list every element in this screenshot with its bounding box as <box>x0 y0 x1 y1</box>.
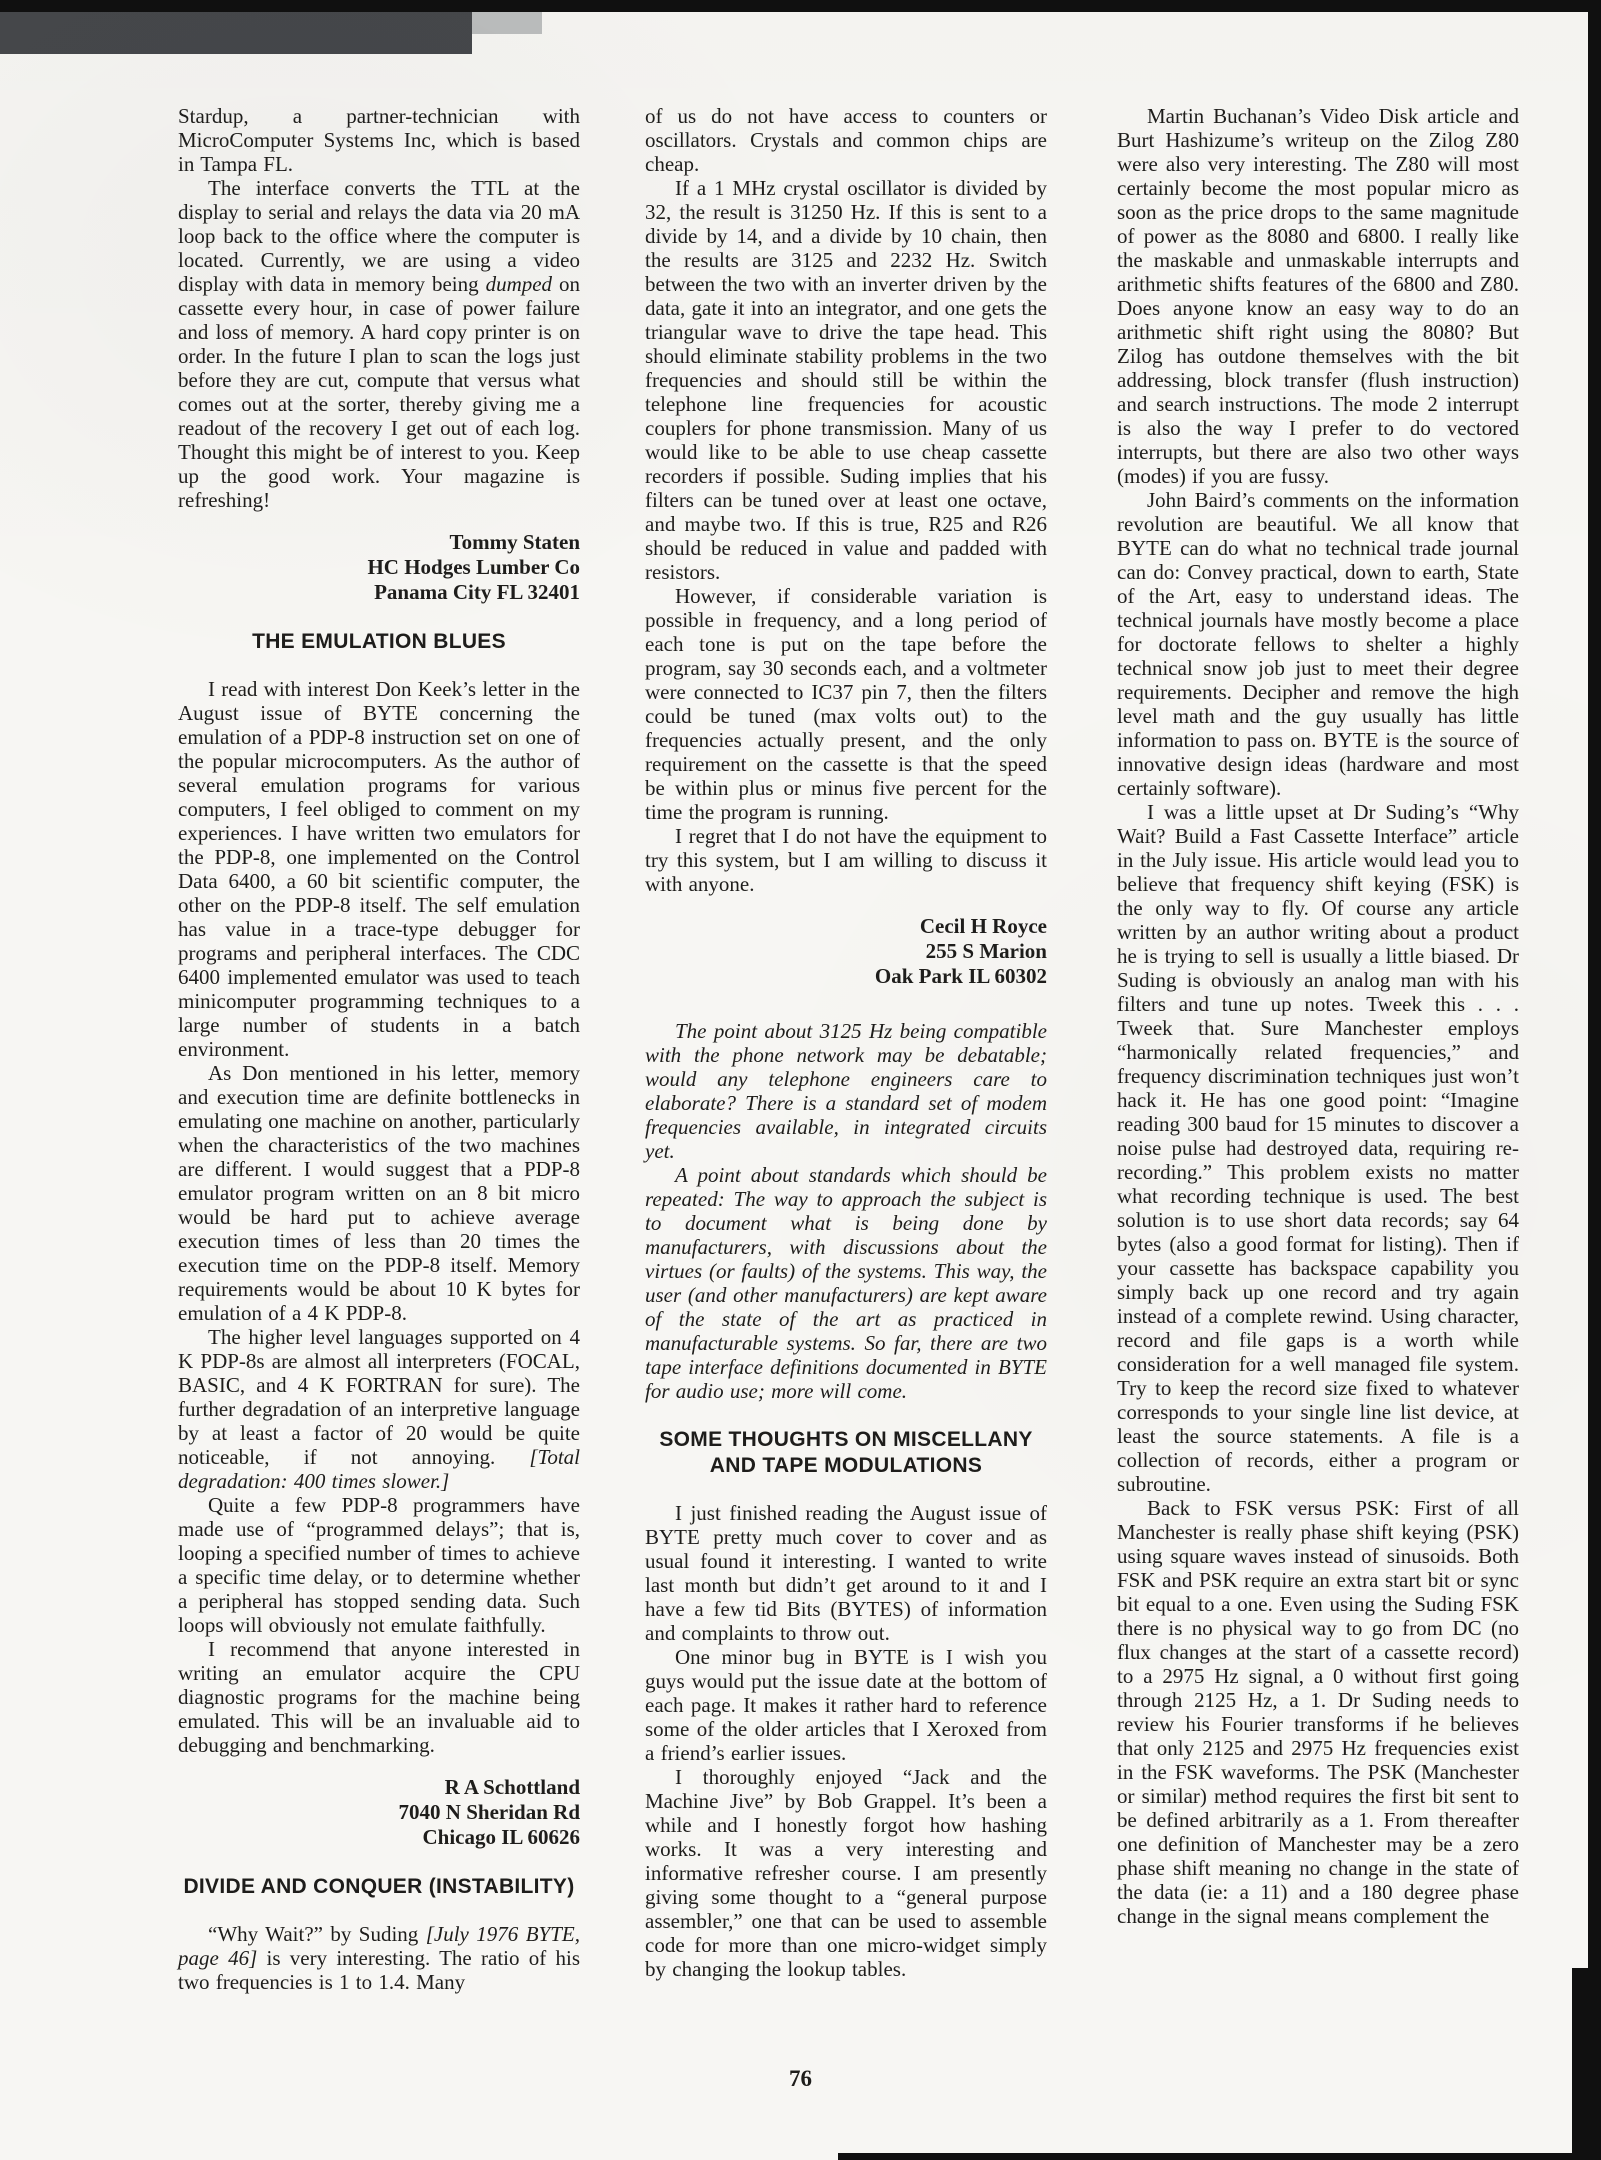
letter-paragraph: Martin Buchanan’s Video Disk article and… <box>1117 104 1519 488</box>
signature-line: R A Schottland <box>178 1775 580 1800</box>
letter-paragraph: Stardup, a partner-technician with Micro… <box>178 104 580 176</box>
signature-line: Cecil H Royce <box>645 914 1047 939</box>
letter-signature: Tommy StatenHC Hodges Lumber CoPanama Ci… <box>178 530 580 605</box>
letter-signature: Cecil H Royce255 S MarionOak Park IL 603… <box>645 914 1047 989</box>
page-number: 76 <box>0 2066 1601 2092</box>
letter-paragraph: I thoroughly enjoyed “Jack and the Machi… <box>645 1765 1047 1981</box>
scan-edge-right <box>1588 0 1601 2160</box>
signature-line: Oak Park IL 60302 <box>645 964 1047 989</box>
letter-paragraph: As Don mentioned in his letter, memory a… <box>178 1061 580 1325</box>
editor-note: A point about standards which should be … <box>645 1163 1047 1403</box>
letter-paragraph: John Baird’s comments on the information… <box>1117 488 1519 800</box>
section-heading: THE EMULATION BLUES <box>178 629 580 655</box>
letter-paragraph: I read with interest Don Keek’s letter i… <box>178 677 580 1061</box>
letter-paragraph: I just finished reading the August issue… <box>645 1501 1047 1645</box>
scan-edge-right-foot <box>1572 1968 1601 2160</box>
letter-paragraph: The higher level languages supported on … <box>178 1325 580 1493</box>
letter-paragraph: I recommend that anyone interested in wr… <box>178 1637 580 1757</box>
signature-line: Panama City FL 32401 <box>178 580 580 605</box>
text-column-right: Martin Buchanan’s Video Disk article and… <box>1117 104 1519 1928</box>
editor-note: The point about 3125 Hz being compatible… <box>645 1019 1047 1163</box>
text-column-left: Stardup, a partner-technician with Micro… <box>178 104 580 1994</box>
letter-paragraph: Quite a few PDP-8 programmers have made … <box>178 1493 580 1637</box>
signature-line: Chicago IL 60626 <box>178 1825 580 1850</box>
letter-paragraph: “Why Wait?” by Suding [July 1976 BYTE, p… <box>178 1922 580 1994</box>
signature-line: Tommy Staten <box>178 530 580 555</box>
letter-paragraph: I was a little upset at Dr Suding’s “Why… <box>1117 800 1519 1496</box>
section-heading: DIVIDE AND CONQUER (INSTABILITY) <box>178 1874 580 1900</box>
letter-signature: R A Schottland7040 N Sheridan RdChicago … <box>178 1775 580 1850</box>
scan-edge-bottom <box>838 2153 1601 2160</box>
scan-edge-top <box>0 0 1601 12</box>
letter-paragraph: One minor bug in BYTE is I wish you guys… <box>645 1645 1047 1765</box>
letter-paragraph: The interface converts the TTL at the di… <box>178 176 580 512</box>
letter-paragraph: Back to FSK versus PSK: First of all Man… <box>1117 1496 1519 1928</box>
letter-paragraph: If a 1 MHz crystal oscillator is divided… <box>645 176 1047 584</box>
signature-line: 255 S Marion <box>645 939 1047 964</box>
letter-paragraph: However, if considerable variation is po… <box>645 584 1047 824</box>
text-column-middle: of us do not have access to counters or … <box>645 104 1047 1981</box>
signature-line: 7040 N Sheridan Rd <box>178 1800 580 1825</box>
section-heading: SOME THOUGHTS ON MISCELLANYAND TAPE MODU… <box>645 1427 1047 1479</box>
magazine-page: Stardup, a partner-technician with Micro… <box>0 0 1601 2160</box>
signature-line: HC Hodges Lumber Co <box>178 555 580 580</box>
letter-paragraph: I regret that I do not have the equipmen… <box>645 824 1047 896</box>
letter-paragraph: of us do not have access to counters or … <box>645 104 1047 176</box>
